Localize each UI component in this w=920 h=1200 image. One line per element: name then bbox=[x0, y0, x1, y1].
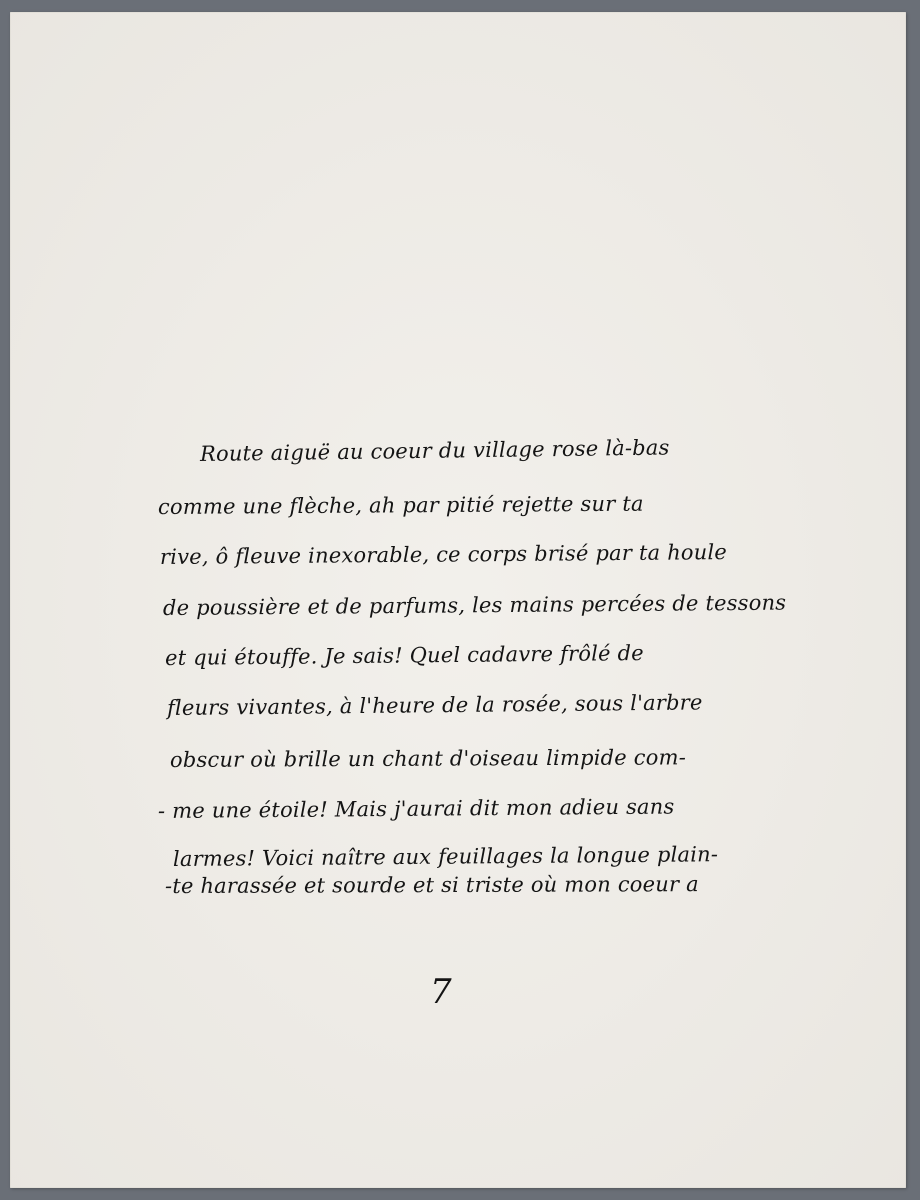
manuscript-line-4: de poussière et de parfums, les mains pe… bbox=[163, 591, 786, 620]
manuscript-line-8: - me une étoile! Mais j'aurai dit mon ad… bbox=[158, 794, 675, 823]
manuscript-line-10: -te harassée et sourde et si triste où m… bbox=[165, 872, 699, 898]
manuscript-line-5: et qui étouffe. Je sais! Quel cadavre fr… bbox=[165, 641, 644, 670]
manuscript-line-9: larmes! Voici naître aux feuillages la l… bbox=[173, 842, 718, 871]
manuscript-line-2: comme une flèche, ah par pitié rejette s… bbox=[158, 492, 644, 519]
manuscript-line-7: obscur où brille un chant d'oiseau limpi… bbox=[170, 745, 686, 772]
manuscript-page: Route aiguë au coeur du village rose là-… bbox=[10, 12, 906, 1188]
handwritten-text-block: Route aiguë au coeur du village rose là-… bbox=[10, 12, 906, 1188]
manuscript-line-3: rive, ô fleuve inexorable, ce corps bris… bbox=[160, 540, 727, 569]
manuscript-line-6: fleurs vivantes, à l'heure de la rosée, … bbox=[167, 690, 703, 720]
manuscript-line-1: Route aiguë au coeur du village rose là-… bbox=[200, 435, 670, 466]
page-number: 7 bbox=[430, 972, 452, 1012]
